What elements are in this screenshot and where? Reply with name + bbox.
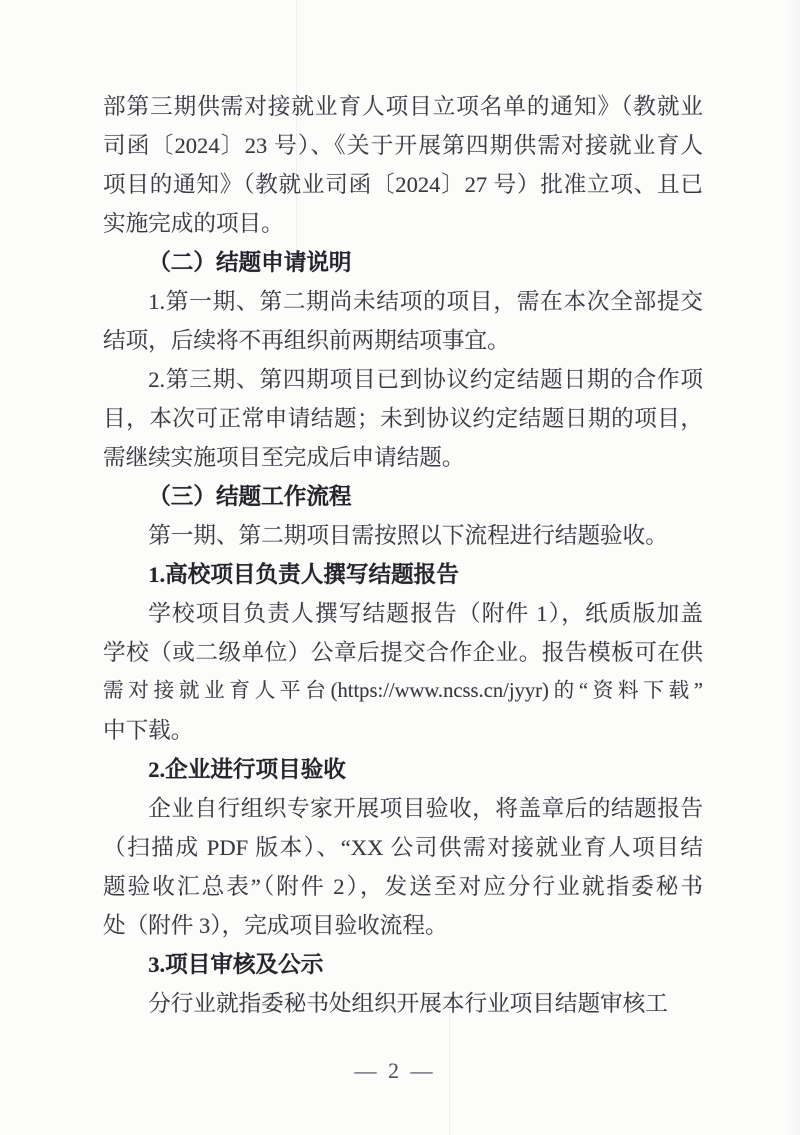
body-line: 中下载。 — [103, 711, 703, 750]
body-line: 司函〔2024〕23 号）、《关于开展第四期供需对接就业育人 — [103, 126, 703, 165]
scan-edge-shade — [786, 0, 800, 1135]
heading-conclusion-application-notes: （二）结题申请说明 — [103, 243, 703, 282]
body-line: 实施完成的项目。 — [103, 204, 703, 243]
body-line-platform-url: 需对接就业育人平台(https://www.ncss.cn/jyyr)的“资料下… — [103, 672, 703, 711]
heading-conclusion-workflow: （三）结题工作流程 — [103, 477, 703, 516]
body-line: 处（附件 3），完成项目验收流程。 — [103, 906, 703, 945]
body-line: 项目的通知》（教就业司函〔2024〕27 号）批准立项、且已 — [103, 165, 703, 204]
body-line: 第一期、第二期项目需按照以下流程进行结题验收。 — [103, 516, 703, 555]
document-page: 部第三期供需对接就业育人项目立项名单的通知》（教就业 司函〔2024〕23 号）… — [0, 0, 800, 1135]
heading-step3-review-publicity: 3.项目审核及公示 — [103, 945, 703, 984]
body-line: 企业自行组织专家开展项目验收，将盖章后的结题报告 — [103, 789, 703, 828]
heading-step2-company-acceptance: 2.企业进行项目验收 — [103, 750, 703, 789]
body-line: 目，本次可正常申请结题；未到协议约定结题日期的项目， — [103, 399, 703, 438]
body-line: 结项，后续将不再组织前两期结项事宜。 — [103, 321, 703, 360]
heading-step1-write-report: 1.高校项目负责人撰写结题报告 — [103, 555, 703, 594]
document-body: 部第三期供需对接就业育人项目立项名单的通知》（教就业 司函〔2024〕23 号）… — [103, 87, 703, 1023]
body-line: 题验收汇总表”（附件 2），发送至对应分行业就指委秘书 — [103, 867, 703, 906]
body-line: 学校项目负责人撰写结题报告（附件 1），纸质版加盖 — [103, 594, 703, 633]
body-line: 部第三期供需对接就业育人项目立项名单的通知》（教就业 — [103, 87, 703, 126]
body-line: 需继续实施项目至完成后申请结题。 — [103, 438, 703, 477]
body-line: 学校（或二级单位）公章后提交合作企业。报告模板可在供 — [103, 633, 703, 672]
body-line: 2.第三期、第四期项目已到协议约定结题日期的合作项 — [103, 360, 703, 399]
body-line: 1.第一期、第二期尚未结项的项目，需在本次全部提交 — [103, 282, 703, 321]
body-line: （扫描成 PDF 版本）、“XX 公司供需对接就业育人项目结 — [103, 828, 703, 867]
body-line: 分行业就指委秘书处组织开展本行业项目结题审核工 — [103, 984, 703, 1023]
page-number: — 2 — — [0, 1056, 790, 1086]
